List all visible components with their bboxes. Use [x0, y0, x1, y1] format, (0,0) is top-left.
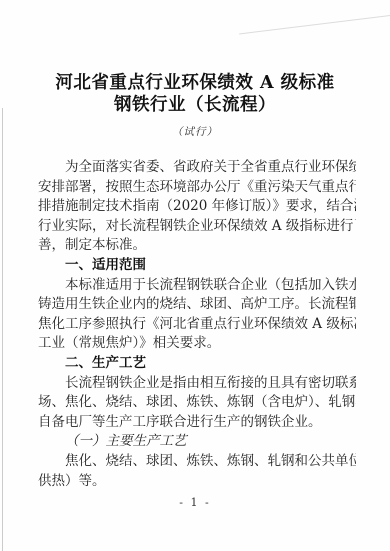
- intro-line: 排措施制定技术指南（2020 年修订版）》要求，结合河北省钢铁: [38, 197, 356, 217]
- intro-line: 善，制定本标准。: [38, 236, 356, 256]
- section1-line: 焦化工序参照执行《河北省重点行业环保绩效 A 级标准炼焦化学: [38, 315, 356, 335]
- section2-line: 场、焦化、烧结、球团、炼铁、炼钢（含电炉）、轧钢、石灰、: [38, 393, 356, 413]
- title-line-2: 钢铁行业（长流程）: [0, 94, 390, 116]
- document-title: 河北省重点行业环保绩效 A 级标准 钢铁行业（长流程）: [0, 72, 390, 116]
- section2-subline: 焦化、烧结、球团、炼铁、炼钢、轧钢和公共单位（发电、: [38, 452, 356, 472]
- section1-line: 工业（常规焦炉）》相关要求。: [38, 334, 356, 354]
- section2-heading: 二、生产工艺: [38, 354, 356, 374]
- section2-line: 自备电厂等生产工序联合进行生产的钢铁企业。: [38, 413, 356, 433]
- section1-heading: 一、适用范围: [38, 256, 356, 276]
- section1-line: 本标准适用于长流程钢铁联合企业（包括加入铁水的电炉），: [38, 276, 356, 296]
- intro-line: 安排部署，按照生态环境部办公厅《重污染天气重点行业应急减: [38, 178, 356, 198]
- section2-line: 长流程钢铁企业是指由相互衔接的且具有密切联系的原料: [38, 374, 356, 394]
- intro-line: 行业实际，对长流程钢铁企业环保绩效 A 级指标进行了修订和完: [38, 217, 356, 237]
- document-body: 为全面落实省委、省政府关于全省重点行业环保绩效创 A 的 安排部署，按照生态环境…: [38, 158, 356, 491]
- scan-edge-left-artifact: [2, 108, 3, 551]
- document-subtitle: （试行）: [0, 124, 390, 139]
- page-number: - 1 -: [0, 496, 390, 509]
- intro-line: 为全面落实省委、省政府关于全省重点行业环保绩效创 A 的: [38, 158, 356, 178]
- section1-line: 铸造用生铁企业内的烧结、球团、高炉工序。长流程钢铁企业的: [38, 295, 356, 315]
- document-page: 河北省重点行业环保绩效 A 级标准 钢铁行业（长流程） （试行） 为全面落实省委…: [0, 0, 390, 551]
- section2-subheading: （一）主要生产工艺: [38, 432, 356, 452]
- scan-edge-topright-artifact: [239, 14, 390, 34]
- section2-subline: 供热）等。: [38, 472, 356, 492]
- title-line-1: 河北省重点行业环保绩效 A 级标准: [0, 72, 390, 94]
